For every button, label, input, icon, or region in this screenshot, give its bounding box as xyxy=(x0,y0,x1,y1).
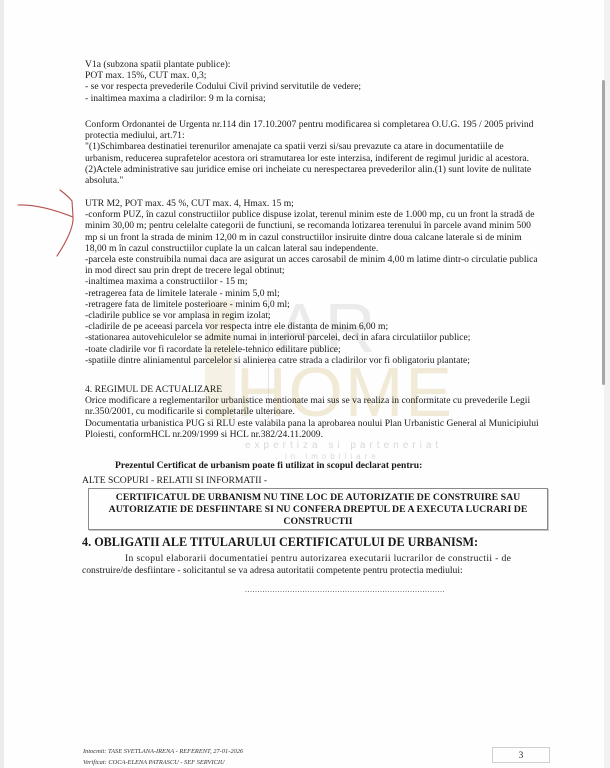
text-line: -parcela este construibila numai daca ar… xyxy=(85,254,555,265)
text-line: Orice modificare a reglementarilor urban… xyxy=(85,395,555,406)
text-line: V1a (subzona spatii plantate publice): xyxy=(85,59,555,70)
document-page: AR HOME expertiza si parteneriat in imob… xyxy=(0,0,610,768)
footer-intocmit: Intocmit: TASE SVETLANA-IRENA - REFERENT… xyxy=(83,748,243,755)
text-line: Documentatia urbanistica PUG si RLU este… xyxy=(85,418,555,429)
obligatii-line-2: construire/de desfiintare - solicitantul… xyxy=(82,565,463,576)
text-line: Conform Ordonantei de Urgenta nr.114 din… xyxy=(85,119,555,130)
watermark-tagline: expertiza si parteneriat xyxy=(245,440,442,451)
text-line: nr.350/2001, cu modificarile si completa… xyxy=(85,406,555,417)
section-regimul-actualizare: 4. REGIMUL DE ACTUALIZARE Orice modifica… xyxy=(85,384,555,440)
text-line: mp si un front la strada de minim 12,00 … xyxy=(85,232,555,243)
footer-verificat: Verificat: COCA-ELENA PATRASCU - SEF SER… xyxy=(83,759,225,766)
text-line: - se vor respecta prevederile Codului Ci… xyxy=(85,81,555,92)
notice-line: CERTIFICATUL DE URBANISM NU TINE LOC DE … xyxy=(89,492,547,504)
text-line: in mod direct sau prin drept de trecere … xyxy=(85,265,555,276)
text-line: UTR M2, POT max. 45 %, CUT max. 4, Hmax.… xyxy=(85,198,555,209)
text-line: -retragere fata de limitele posterioare … xyxy=(85,299,555,310)
text-line: -toate cladirile vor fi racordate la ret… xyxy=(85,344,555,355)
obligatii-line-1: In scopul elaborarii documentatiei pentr… xyxy=(125,553,511,564)
hand-drawn-bracket-icon xyxy=(0,0,100,270)
text-line: POT max. 15%, CUT max. 0,3; xyxy=(85,70,555,81)
text-line: (2)Actele administrative sau juridice em… xyxy=(85,164,555,175)
text-line: -cladirile de pe aceeasi parcela vor res… xyxy=(85,321,555,332)
blank-fill-line: ........................................… xyxy=(245,585,445,594)
section-ordonanta: Conform Ordonantei de Urgenta nr.114 din… xyxy=(85,119,555,186)
text-line: minim 30,00 m; pentru celelalte categori… xyxy=(85,220,555,231)
scrollbar[interactable] xyxy=(602,80,605,385)
text-line: "(1)Schimbarea destinatiei terenurilor a… xyxy=(85,141,555,152)
section-utr-m2: UTR M2, POT max. 45 %, CUT max. 4, Hmax.… xyxy=(85,198,555,366)
section-heading: 4. REGIMUL DE ACTUALIZARE xyxy=(85,384,555,395)
notice-box: CERTIFICATUL DE URBANISM NU TINE LOC DE … xyxy=(88,488,548,530)
text-line: 18,00 m în cazul constructiilor cuplate … xyxy=(85,243,555,254)
text-line: -conform PUZ, în cazul constructiilor pu… xyxy=(85,209,555,220)
text-line: absoluta." xyxy=(85,175,555,186)
text-line: -stationarea autovehiculelor se admite n… xyxy=(85,332,555,343)
text-line: protectia mediului, art.71: xyxy=(85,130,555,141)
notice-line: CONSTRUCTII xyxy=(89,516,547,528)
obligatii-heading: 4. OBLIGATII ALE TITULARULUI CERTIFICATU… xyxy=(82,535,478,550)
text-line: Ploiesti, conformHCL nr.209/1999 si HCL … xyxy=(85,429,555,440)
text-line: -inaltimea maxima a constructiilor - 15 … xyxy=(85,276,555,287)
page-number: 3 xyxy=(492,747,550,763)
text-line: - inaltimea maxima a cladirilor: 9 m la … xyxy=(85,93,555,104)
text-line: urbanism, reducerea suprafetelor acestor… xyxy=(85,153,555,164)
notice-line: AUTORIZATIE DE DESFIINTARE SI NU CONFERA… xyxy=(89,504,547,516)
text-line: -retragerea fata de limitele laterale - … xyxy=(85,288,555,299)
text-line: -cladirile publice se vor amplasa in reg… xyxy=(85,310,555,321)
section-v1a: V1a (subzona spatii plantate publice): P… xyxy=(85,59,555,104)
scope-value: ALTE SCOPURI - RELATII SI INFORMATII - xyxy=(82,475,267,486)
scope-intro: Prezentul Certificat de urbanism poate f… xyxy=(115,460,422,471)
text-line: -spatiile dintre aliniamentul parcelelor… xyxy=(85,355,555,366)
